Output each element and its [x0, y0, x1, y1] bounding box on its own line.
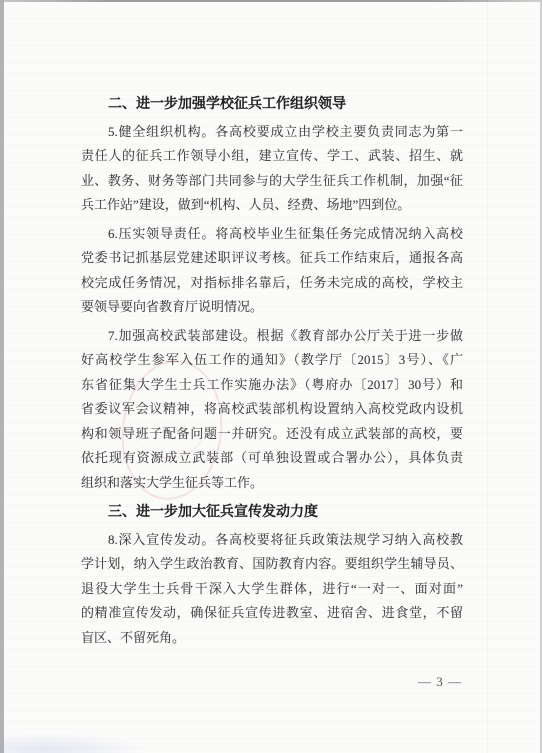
- paragraph: 5.健全组织机构。各高校要成立由学校主要负责同志为第一责任人的征兵工作领导小组，…: [81, 120, 463, 218]
- text-line: 省委议军会议精神，将高校武装部机构设置纳入高校党政内设机: [81, 397, 463, 422]
- text-line: 依托现有资源成立武装部（可单独设置或合署办公），具体负责: [81, 446, 463, 471]
- text-line: 6.压实领导责任。将高校毕业生征集任务完成情况纳入高校: [81, 222, 463, 247]
- scan-fold-line: [487, 0, 488, 753]
- paragraph: 8.深入宣传发动。各高校要将征兵政策法规学习纳入高校教学计划，纳入学生政治教育、…: [81, 528, 463, 651]
- text-line: 盲区、不留死角。: [81, 626, 463, 651]
- document-page: 二、进一步加强学校征兵工作组织领导5.健全组织机构。各高校要成立由学校主要负责同…: [0, 0, 542, 753]
- paragraph: 6.压实领导责任。将高校毕业生征集任务完成情况纳入高校党委书记抓基层党建述职评议…: [81, 222, 463, 320]
- section-heading: 三、进一步加大征兵宣传发动力度: [81, 499, 463, 524]
- document-body: 二、进一步加强学校征兵工作组织领导5.健全组织机构。各高校要成立由学校主要负责同…: [81, 91, 463, 650]
- text-line: 5.健全组织机构。各高校要成立由学校主要负责同志为第一: [81, 120, 463, 145]
- text-line: 退役大学生士兵骨干深入大学生群体，进行“一对一、面对面”: [81, 577, 463, 602]
- text-line: 兵工作站”建设，做到“机构、人员、经费、场地”四到位。: [81, 193, 463, 218]
- paragraph: 7.加强高校武装部建设。根据《教育部办公厅关于进一步做好高校学生参军入伍工作的通…: [81, 324, 463, 496]
- text-line: 组织和落实大学生征兵等工作。: [81, 471, 463, 496]
- text-line: 7.加强高校武装部建设。根据《教育部办公厅关于进一步做: [81, 324, 463, 349]
- text-line: 党委书记抓基层党建述职评议考核。征兵工作结束后，通报各高: [81, 246, 463, 271]
- page-number: — 3 —: [412, 672, 468, 692]
- text-line: 学计划，纳入学生政治教育、国防教育内容。要组织学生辅导员、: [81, 552, 463, 577]
- text-line: 8.深入宣传发动。各高校要将征兵政策法规学习纳入高校教: [81, 528, 463, 553]
- text-line: 要领导要向省教育厅说明情况。: [81, 295, 463, 320]
- ink-smudge: [0, 733, 150, 753]
- text-line: 构和领导班子配备问题一并研究。还没有成立武装部的高校，要: [81, 422, 463, 447]
- section-heading: 二、进一步加强学校征兵工作组织领导: [81, 91, 463, 116]
- scan-edge-top: [0, 0, 542, 2]
- text-line: 校完成任务情况，对指标排名靠后，任务未完成的高校，学校主: [81, 271, 463, 296]
- text-line: 的精准宣传发动，确保征兵宣传进教室、进宿舍、进食堂，不留: [81, 601, 463, 626]
- text-line: 东省征集大学生士兵工作实施办法》（粤府办〔2017〕30号）和: [81, 373, 463, 398]
- scan-edge-left: [0, 0, 4, 753]
- text-line: 好高校学生参军入伍工作的通知》（教学厅〔2015〕3号）、《广: [81, 348, 463, 373]
- text-line: 业、教务、财务等部门共同参与的大学生征兵工作机制，加强“征: [81, 169, 463, 194]
- text-line: 责任人的征兵工作领导小组，建立宣传、学工、武装、招生、就: [81, 144, 463, 169]
